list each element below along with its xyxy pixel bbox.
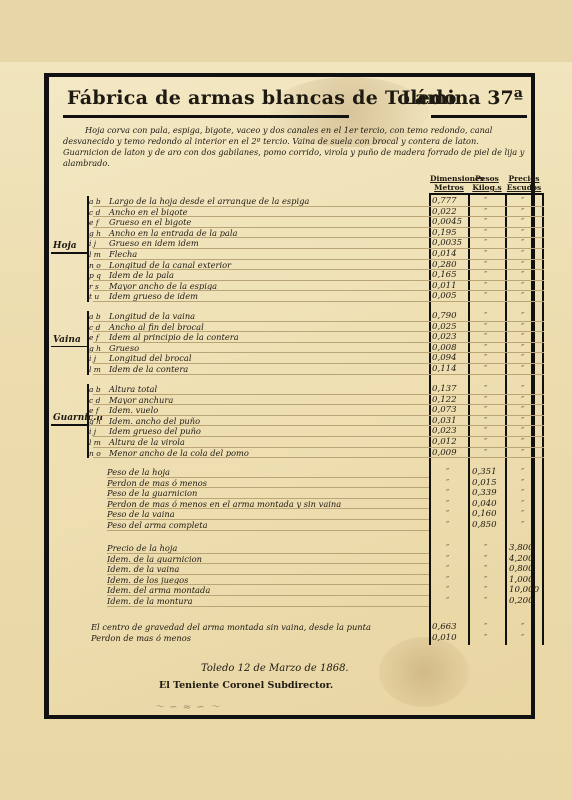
column-divider: [542, 193, 544, 645]
row-label: Idem. vuelo: [109, 405, 158, 415]
weight-row-label: Peso de la hoja: [107, 467, 170, 477]
price-row-label: Idem. de la montura: [107, 596, 193, 606]
ditto-mark: ”: [484, 633, 487, 643]
ditto-mark: ”: [521, 448, 524, 458]
ditto-mark: ”: [484, 207, 487, 217]
column-header-unit: Escudos: [506, 183, 542, 192]
signature: 〜 ∽ ≈ ∽ 〜: [154, 698, 221, 713]
value-kilog: 0,040: [472, 499, 497, 509]
value-metros: 0,005: [432, 291, 457, 301]
ditto-mark: ”: [446, 564, 449, 574]
section-label-underline: [51, 424, 87, 426]
paper-stain: [379, 637, 469, 707]
table-row: l mFlecha: [89, 249, 137, 259]
table-row: e fIdem al principio de la contera: [89, 332, 239, 342]
row-label: Grueso en el bigote: [109, 217, 191, 227]
value-metros: 0,790: [432, 311, 457, 321]
ditto-mark: ”: [521, 384, 524, 394]
value-metros: 0,280: [432, 260, 457, 270]
row-label: Menor ancho de la cola del pomo: [109, 448, 249, 458]
value-metros: 0,031: [432, 416, 457, 426]
title-underline: [63, 115, 349, 118]
ditto-mark: ”: [484, 384, 487, 394]
table-row: c dMayor anchura: [89, 395, 173, 405]
value-metros: 0,014: [432, 249, 457, 259]
table-row: r sMayor ancho de la espiga: [89, 281, 217, 291]
row-label: Idem al principio de la contera: [109, 332, 239, 342]
ditto-mark: ”: [484, 554, 487, 564]
table-row: l mAltura de la virola: [89, 437, 185, 447]
row-label: Ancho al fin del brocal: [109, 322, 204, 332]
row-label: Ancho en la entrada de la pala: [109, 228, 237, 238]
row-label: Idem grueso del puño: [109, 426, 201, 436]
table-row: g hIdem. ancho del puño: [89, 416, 200, 426]
column-divider: [468, 193, 470, 645]
value-kilog: 0,351: [472, 467, 497, 477]
ditto-mark: ”: [521, 311, 524, 321]
ditto-mark: ”: [484, 291, 487, 301]
value-metros: 0,0035: [432, 238, 462, 248]
column-header-pesos: Pesos Kilog.s: [469, 174, 505, 192]
table-row: c dAncho al fin del brocal: [89, 322, 204, 332]
value-kilog: 0,850: [472, 520, 497, 530]
ditto-mark: ”: [484, 426, 487, 436]
table-row: i jGrueso en idem idem: [89, 238, 199, 248]
ditto-mark: ”: [446, 488, 449, 498]
ditto-mark: ”: [446, 499, 449, 509]
value-metros: 0,023: [432, 332, 457, 342]
ditto-mark: ”: [484, 596, 487, 606]
row-label: Longitud de la vaina: [109, 311, 195, 321]
price-row-label: Idem. del arma montada: [107, 585, 210, 595]
ditto-mark: ”: [446, 585, 449, 595]
row-label: Idem de la pala: [109, 270, 174, 280]
table-row: t uIdem grueso de idem: [89, 291, 198, 301]
table-row: g hGrueso: [89, 343, 139, 353]
value-metros: 0,012: [432, 437, 457, 447]
weight-row-label: Peso del arma completa: [107, 520, 208, 530]
ditto-mark: ”: [484, 416, 487, 426]
ditto-mark: ”: [484, 332, 487, 342]
plate-underline: [431, 115, 527, 118]
table-row: a bLongitud de la vaina: [89, 311, 195, 321]
value-kilog: 0,015: [472, 478, 497, 488]
row-rule: [93, 301, 429, 302]
ditto-mark: ”: [521, 207, 524, 217]
ditto-mark: ”: [521, 217, 524, 227]
backing-paper: [0, 0, 572, 63]
ditto-mark: ”: [521, 499, 524, 509]
row-label: Altura de la virola: [109, 437, 185, 447]
value-metros: 0,011: [432, 281, 457, 291]
row-label: Altura total: [109, 384, 157, 394]
row-label: Idem grueso de idem: [109, 291, 198, 301]
value-kilog: 0,160: [472, 509, 497, 519]
ditto-mark: ”: [521, 478, 524, 488]
row-rule: [107, 530, 429, 531]
ditto-mark: ”: [521, 622, 524, 632]
value-metros: 0,0045: [432, 217, 462, 227]
price-row-label: Idem. de la vaina: [107, 564, 179, 574]
value-escudos: 1,000: [509, 575, 534, 585]
value-metros: 0,023: [432, 426, 457, 436]
gravity-row-label: Perdon de mas ó menos: [91, 633, 191, 643]
ditto-mark: ”: [484, 353, 487, 363]
ditto-mark: ”: [484, 585, 487, 595]
ditto-mark: ”: [484, 437, 487, 447]
row-label: Ancho en el bigote: [109, 207, 188, 217]
ditto-mark: ”: [521, 633, 524, 643]
ditto-mark: ”: [521, 405, 524, 415]
column-header-unit: Kilog.s: [469, 183, 505, 192]
value-metros: 0,010: [432, 633, 457, 643]
document-date: Toledo 12 de Marzo de 1868.: [201, 663, 349, 674]
value-metros: 0,094: [432, 353, 457, 363]
ditto-mark: ”: [521, 196, 524, 206]
ditto-mark: ”: [521, 520, 524, 530]
weapon-description: Hoja corva con pala, espiga, bigote, vac…: [63, 125, 527, 169]
ditto-mark: ”: [521, 488, 524, 498]
ditto-mark: ”: [484, 543, 487, 553]
ditto-mark: ”: [484, 196, 487, 206]
section-label-underline: [51, 252, 87, 254]
ditto-mark: ”: [484, 228, 487, 238]
signer-title: El Teniente Coronel Subdirector.: [159, 680, 333, 691]
row-label: Grueso: [109, 343, 139, 353]
section-label: Hoja: [53, 241, 77, 251]
plate-number: Lámina 37ª: [402, 87, 523, 109]
table-row: e fIdem. vuelo: [89, 405, 158, 415]
ditto-mark: ”: [521, 228, 524, 238]
ditto-mark: ”: [484, 260, 487, 270]
weight-row-label: Perdon de mas ó menos: [107, 478, 207, 488]
row-label: Idem. ancho del puño: [109, 416, 200, 426]
row-rule: [93, 342, 429, 343]
column-divider: [429, 193, 431, 645]
value-metros: 0,122: [432, 395, 457, 405]
value-metros: 0,073: [432, 405, 457, 415]
ditto-mark: ”: [521, 260, 524, 270]
ditto-mark: ”: [484, 238, 487, 248]
gravity-row-label: El centro de gravedad del arma montada s…: [91, 622, 371, 632]
value-escudos: 0,200: [509, 596, 534, 606]
ditto-mark: ”: [446, 467, 449, 477]
row-label: Grueso en idem idem: [109, 238, 199, 248]
value-metros: 0,114: [432, 364, 457, 374]
ditto-mark: ”: [521, 270, 524, 280]
row-label: Longitud de la canal exterior: [109, 260, 231, 270]
section-label-underline: [51, 346, 87, 348]
ditto-mark: ”: [521, 364, 524, 374]
ditto-mark: ”: [484, 405, 487, 415]
table-row: e fGrueso en el bigote: [89, 217, 191, 227]
row-label: Mayor anchura: [109, 395, 173, 405]
ditto-mark: ”: [484, 311, 487, 321]
document-title: Fábrica de armas blancas de Toledo: [67, 87, 457, 109]
table-row: a bLargo de la hoja desde el arranque de…: [89, 196, 309, 206]
weight-row-label: Perdon de mas ó menos en el arma montada…: [107, 499, 341, 509]
ditto-mark: ”: [521, 416, 524, 426]
weight-row-label: Peso de la guarnicion: [107, 488, 197, 498]
value-escudos: 3,800: [509, 543, 534, 553]
row-label: Mayor ancho de la espiga: [109, 281, 217, 291]
ditto-mark: ”: [484, 575, 487, 585]
ditto-mark: ”: [446, 520, 449, 530]
column-header-precios: Precios Escudos: [506, 174, 542, 192]
ditto-mark: ”: [484, 448, 487, 458]
ditto-mark: ”: [484, 217, 487, 227]
header-rule: [429, 193, 544, 195]
value-kilog: 0,339: [472, 488, 497, 498]
ditto-mark: ”: [446, 596, 449, 606]
column-divider: [505, 193, 507, 645]
row-label: Longitud del brocal: [109, 353, 191, 363]
table-row: n oMenor ancho de la cola del pomo: [89, 448, 249, 458]
ditto-mark: ”: [446, 543, 449, 553]
value-metros: 0,165: [432, 270, 457, 280]
row-label: Flecha: [109, 249, 137, 259]
column-header-dimensiones: Dimensiones Metros: [430, 174, 468, 192]
value-escudos: 4,200: [509, 554, 534, 564]
ditto-mark: ”: [484, 249, 487, 259]
ditto-mark: ”: [521, 343, 524, 353]
document-frame: Fábrica de armas blancas de Toledo Lámin…: [44, 73, 535, 719]
ditto-mark: ”: [484, 564, 487, 574]
row-rule: [107, 606, 429, 607]
row-label: Largo de la hoja desde el arranque de la…: [109, 196, 309, 206]
value-metros: 0,137: [432, 384, 457, 394]
ditto-mark: ”: [521, 353, 524, 363]
ditto-mark: ”: [521, 291, 524, 301]
table-row: c dAncho en el bigote: [89, 207, 188, 217]
ditto-mark: ”: [521, 467, 524, 477]
ditto-mark: ”: [521, 426, 524, 436]
ditto-mark: ”: [521, 281, 524, 291]
value-metros: 0,025: [432, 322, 457, 332]
value-metros: 0,777: [432, 196, 457, 206]
value-metros: 0,195: [432, 228, 457, 238]
ditto-mark: ”: [521, 509, 524, 519]
value-escudos: 10,000: [509, 585, 539, 595]
ditto-mark: ”: [446, 575, 449, 585]
price-row-label: Idem. de la guarnicion: [107, 554, 202, 564]
ditto-mark: ”: [446, 554, 449, 564]
ditto-mark: ”: [484, 281, 487, 291]
ditto-mark: ”: [484, 322, 487, 332]
ditto-mark: ”: [484, 270, 487, 280]
table-row: g hAncho en la entrada de la pala: [89, 228, 237, 238]
value-metros: 0,022: [432, 207, 457, 217]
ditto-mark: ”: [521, 332, 524, 342]
table-row: p qIdem de la pala: [89, 270, 174, 280]
value-metros: 0,009: [432, 448, 457, 458]
ditto-mark: ”: [484, 343, 487, 353]
section-label: Vaina: [53, 335, 81, 345]
column-header-top: Pesos: [469, 174, 505, 183]
table-row: i jLongitud del brocal: [89, 353, 191, 363]
row-rule: [93, 248, 429, 249]
ditto-mark: ”: [521, 249, 524, 259]
value-escudos: 0,800: [509, 564, 534, 574]
table-row: l mIdem de la contera: [89, 364, 188, 374]
ditto-mark: ”: [521, 322, 524, 332]
table-row: a bAltura total: [89, 384, 157, 394]
column-header-top: Dimensiones: [430, 174, 468, 183]
ditto-mark: ”: [484, 364, 487, 374]
table-row: i jIdem grueso del puño: [89, 426, 201, 436]
weight-row-label: Peso de la vaina: [107, 509, 175, 519]
table-row: n oLongitud de la canal exterior: [89, 260, 231, 270]
row-rule: [93, 374, 429, 375]
value-metros: 0,663: [432, 622, 457, 632]
ditto-mark: ”: [446, 509, 449, 519]
column-header-unit: Metros: [430, 183, 468, 192]
value-metros: 0,008: [432, 343, 457, 353]
row-label: Idem de la contera: [109, 364, 188, 374]
column-header-top: Precios: [506, 174, 542, 183]
ditto-mark: ”: [484, 622, 487, 632]
price-row-label: Idem. de los juegos: [107, 575, 188, 585]
ditto-mark: ”: [521, 437, 524, 447]
ditto-mark: ”: [484, 395, 487, 405]
row-rule: [93, 457, 429, 458]
ditto-mark: ”: [521, 395, 524, 405]
ditto-mark: ”: [446, 478, 449, 488]
price-row-label: Precio de la hoja: [107, 543, 177, 553]
ditto-mark: ”: [521, 238, 524, 248]
